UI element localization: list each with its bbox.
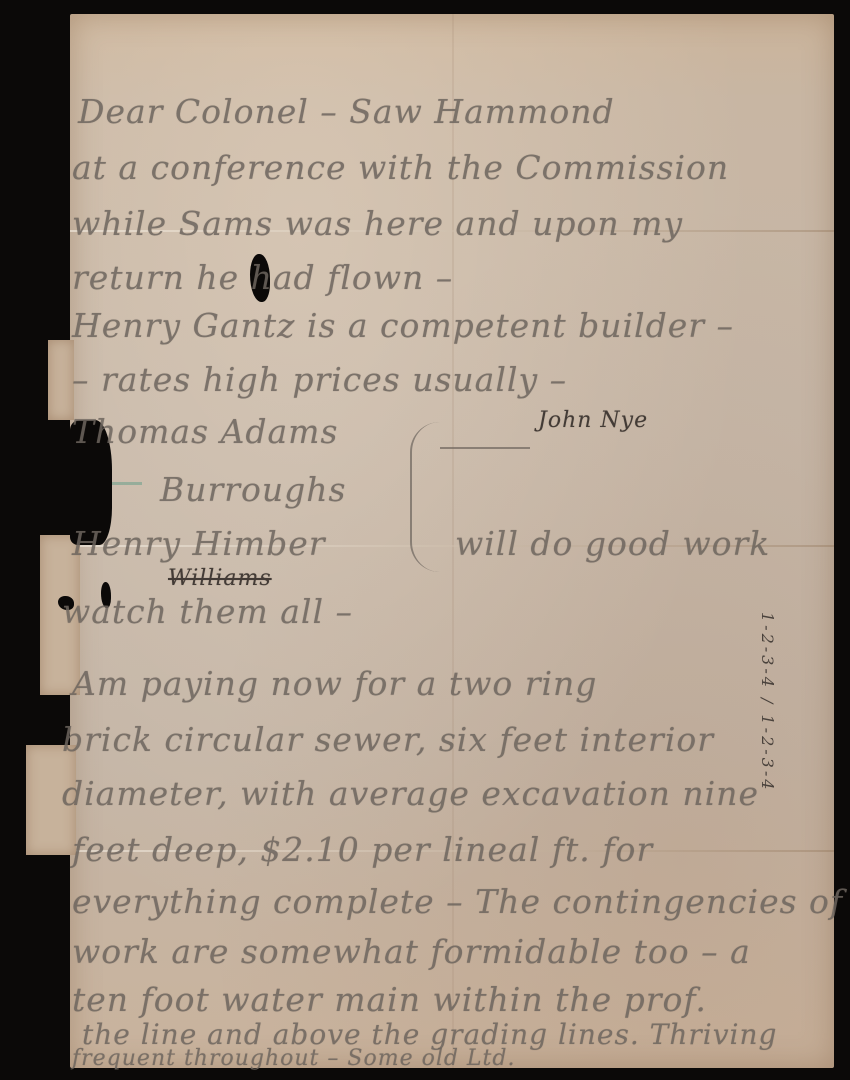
letter-line: feet deep, $2.10 per lineal ft. for (72, 830, 653, 869)
letter-line: ten foot water main within the prof. (72, 980, 707, 1019)
letter-line: frequent throughout – Some old Ltd. (72, 1046, 515, 1071)
torn-edge-fragment (48, 340, 74, 420)
letter-line: return he had flown – (72, 258, 453, 297)
name-list-item: Thomas Adams (72, 412, 338, 451)
brace-label: John Nye (538, 408, 648, 433)
letter-line: watch them all – (62, 592, 353, 631)
letter-line: at a conference with the Commission (72, 148, 729, 187)
letter-line: work are somewhat formidable too – a (72, 932, 751, 971)
letter-line: – rates high prices usually – (72, 360, 567, 399)
letter-line: everything complete – The contingencies … (72, 882, 850, 921)
struck-name: Williams (168, 566, 272, 591)
letter-line: brick circular sewer, six feet interior (62, 720, 714, 759)
brace-outcome: will do good work (455, 524, 770, 563)
name-list-item: Burroughs (160, 470, 347, 509)
bracket-pointer (440, 447, 530, 449)
letter-line: Dear Colonel – Saw Hammond (78, 92, 615, 131)
bracket-mark (410, 422, 442, 572)
letter-line: Henry Gantz is a competent builder – (72, 306, 734, 345)
green-pencil-mark (112, 482, 142, 485)
margin-tally-note: 1-2-3-4 / 1-2-3-4 (758, 612, 777, 792)
letter-line: diameter, with average excavation nine (62, 774, 759, 813)
letter-line: Am paying now for a two ring (72, 664, 597, 703)
name-list-item: Henry Himber (72, 524, 326, 563)
letter-line: while Sams was here and upon my (72, 204, 683, 243)
